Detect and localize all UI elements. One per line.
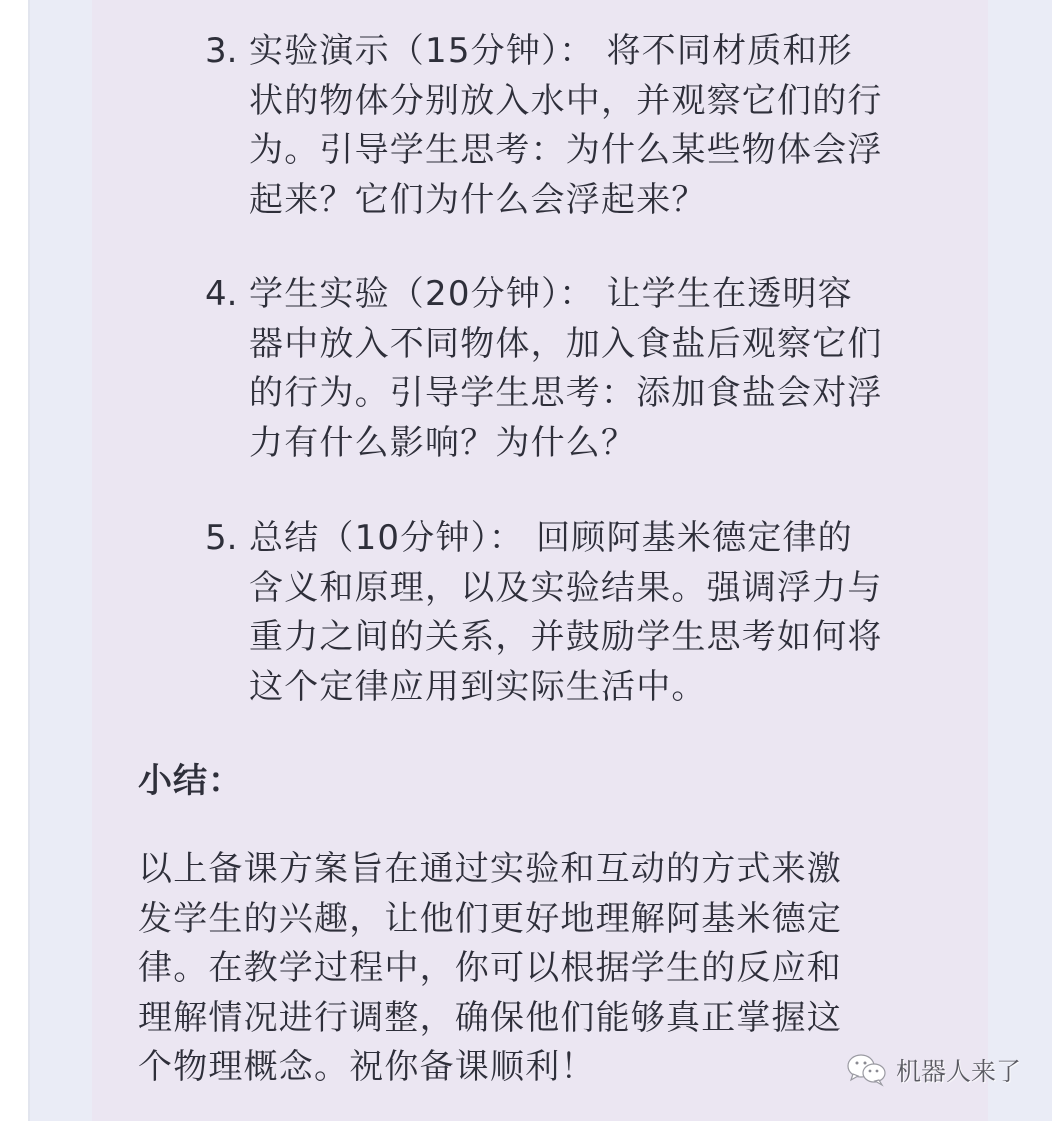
summary-heading: 小结：	[138, 756, 243, 806]
list-item-line: 实验演示（15分钟）： 将不同材质和形	[249, 27, 883, 77]
watermark-label: 机器人来了	[896, 1052, 1021, 1088]
list-item-line: 力有什么影响？为什么？	[249, 419, 883, 469]
list-item-line: 的行为。引导学生思考：添加食盐会对浮	[249, 369, 883, 419]
summary-line: 个物理概念。祝你备课顺利！	[138, 1043, 842, 1093]
list-item-line: 为。引导学生思考：为什么某些物体会浮	[249, 126, 883, 176]
screen: 3. 实验演示（15分钟）： 将不同材质和形 状的物体分别放入水中，并观察它们的…	[0, 0, 1057, 1121]
list-number: 5.	[205, 514, 249, 564]
list-item-line: 含义和原理，以及实验结果。强调浮力与	[249, 564, 883, 614]
summary-line: 以上备课方案旨在通过实验和互动的方式来激	[138, 845, 842, 895]
summary-line: 理解情况进行调整，确保他们能够真正掌握这	[138, 994, 842, 1044]
summary-paragraph: 以上备课方案旨在通过实验和互动的方式来激 发学生的兴趣，让他们更好地理解阿基米德…	[138, 845, 842, 1093]
list-number: 4.	[205, 270, 249, 320]
list-item-line: 学生实验（20分钟）： 让学生在透明容	[249, 270, 883, 320]
summary-line: 发学生的兴趣，让他们更好地理解阿基米德定	[138, 895, 842, 945]
watermark: 机器人来了	[846, 1052, 1021, 1088]
list-item-line: 重力之间的关系，并鼓励学生思考如何将	[249, 613, 883, 663]
wechat-icon	[846, 1053, 888, 1087]
list-item-line: 器中放入不同物体，加入食盐后观察它们	[249, 320, 883, 370]
list-item-line: 这个定律应用到实际生活中。	[249, 663, 883, 713]
summary-line: 律。在教学过程中，你可以根据学生的反应和	[138, 944, 842, 994]
list-item-line: 起来？它们为什么会浮起来？	[249, 176, 883, 226]
list-number: 3.	[205, 27, 249, 77]
list-item-line: 状的物体分别放入水中，并观察它们的行	[249, 77, 883, 127]
list-item-line: 总结（10分钟）： 回顾阿基米德定律的	[249, 514, 883, 564]
